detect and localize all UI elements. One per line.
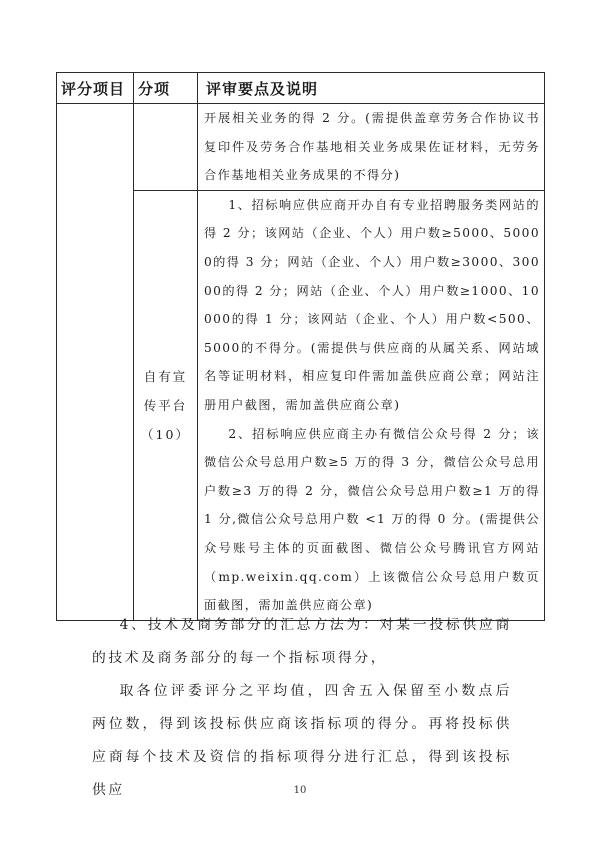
header-scoring-item: 评分项目: [57, 73, 134, 104]
criteria-paragraph: 2、招标响应供应商主办有微信公众号得 2 分；该微信公众号总用户数≥5 万的得 …: [204, 420, 540, 620]
scoring-table: 评分项目 分项 评审要点及说明 开展相关业务的得 2 分。(需提供盖章劳务合作协…: [56, 72, 545, 621]
criteria-paragraph: 开展相关业务的得 2 分。(需提供盖章劳务合作协议书复印件及劳务合作基地相关业务…: [204, 104, 540, 190]
sub-item-label-line: 传平台: [134, 391, 197, 420]
header-sub-item: 分项: [134, 73, 198, 104]
criteria-paragraph: 1、招标响应供应商开办自有专业招聘服务类网站的得 2 分；该网站（企业、个人）用…: [204, 191, 540, 420]
sub-item-cell: 自有宣 传平台 （10）: [134, 190, 198, 620]
criteria-cell: 1、招标响应供应商开办自有专业招聘服务类网站的得 2 分；该网站（企业、个人）用…: [198, 190, 545, 620]
table-row: 开展相关业务的得 2 分。(需提供盖章劳务合作协议书复印件及劳务合作基地相关业务…: [57, 104, 545, 191]
sub-item-cell: [134, 104, 198, 191]
page-number: 10: [0, 785, 600, 796]
table-header-row: 评分项目 分项 评审要点及说明: [57, 73, 545, 104]
header-criteria: 评审要点及说明: [198, 73, 545, 104]
body-paragraph: 4、技术及商务部分的汇总方法为：对某一投标供应商的技术及商务部分的每一个指标项得…: [92, 609, 512, 675]
criteria-cell: 开展相关业务的得 2 分。(需提供盖章劳务合作协议书复印件及劳务合作基地相关业务…: [198, 104, 545, 191]
sub-item-label-line: 自有宣: [134, 362, 197, 391]
sub-item-score: （10）: [134, 420, 197, 449]
body-text: 4、技术及商务部分的汇总方法为：对某一投标供应商的技术及商务部分的每一个指标项得…: [92, 609, 512, 807]
scoring-item-cell: [57, 104, 134, 621]
document-page: 评分项目 分项 评审要点及说明 开展相关业务的得 2 分。(需提供盖章劳务合作协…: [0, 0, 600, 848]
